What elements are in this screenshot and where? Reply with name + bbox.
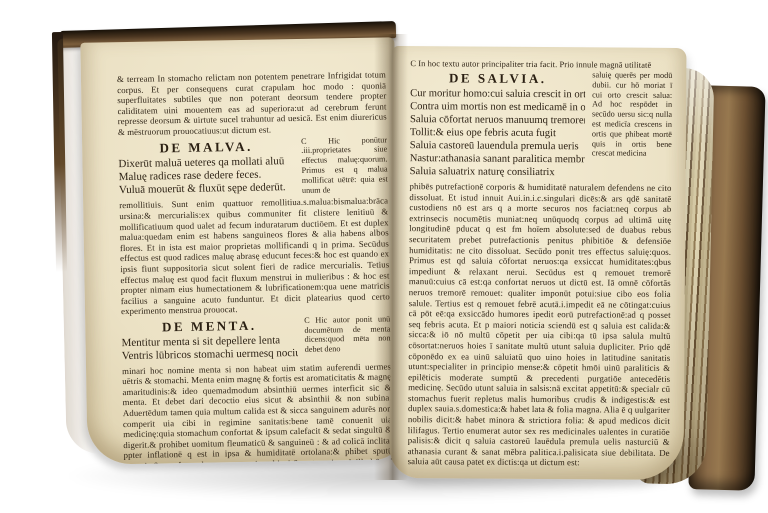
salvia-section-head: DE SALVIA. Cur moritur homo:cui saluia c… — [410, 69, 673, 180]
verse-line: Nastur:athanasia sanant paralitica membr… — [410, 152, 585, 166]
salvia-chapter-heading: DE SALVIA. — [410, 70, 585, 87]
verse-line: Tollit:& eius ope febris acuta fugit — [410, 126, 585, 140]
right-page: C In hoc textu autor principaliter tria … — [389, 46, 686, 480]
malva-chapter-heading: DE MALVA. — [118, 138, 294, 157]
verse-line: Vuluā mouerūt & fluxūt sępe dederūt. — [119, 181, 295, 197]
gutter-shadow — [374, 34, 408, 480]
menta-commentary: minari hoc nomine menta si non habeat ui… — [122, 361, 393, 465]
malva-verses: Dixerūt maluā ueteres qa mollati aluūMal… — [118, 155, 295, 198]
malva-verse-column: DE MALVA. Dixerūt maluā ueteres qa molla… — [118, 137, 295, 199]
verse-line: Ventris lūbricos stomachi uermesq nociuo… — [122, 347, 298, 363]
verse-line: Saluia saluatrix naturę consiliatrix — [410, 165, 585, 179]
menta-verses: Mentitur menta si sit depellere lentaVen… — [121, 334, 297, 364]
malva-commentary: remollitiuis. Sunt enim quattuor remolli… — [119, 196, 390, 317]
book-photo: & terream In stomacho relictam non poten… — [0, 0, 768, 513]
left-page: & terream In stomacho relictam non poten… — [80, 37, 401, 464]
verse-line: Saluia cōfortat neruos manuumq tremorem — [410, 113, 585, 127]
salvia-margin-note: saluię querēs per modū dubii. cur hō mor… — [592, 70, 673, 180]
verse-line: Saluia castoreū lauendula premula ueris — [410, 139, 585, 153]
menta-section-head: DE MENTA. Mentitur menta si sit depeller… — [121, 314, 391, 364]
verse-line: Contra uim mortis non est medicamē in or… — [410, 100, 585, 114]
salvia-verse-column: DE SALVIA. Cur moritur homo:cui saluia c… — [410, 69, 586, 179]
verse-line: Cur moritur homo:cui saluia crescit in o… — [410, 87, 585, 101]
intro-paragraph: & terream In stomacho relictam non poten… — [117, 69, 387, 137]
menta-chapter-heading: DE MENTA. — [121, 317, 297, 336]
left-page-text-area: & terream In stomacho relictam non poten… — [80, 37, 401, 464]
salvia-verses: Cur moritur homo:cui saluia crescit in o… — [410, 87, 586, 179]
right-page-text-area: C In hoc textu autor principaliter tria … — [389, 46, 686, 480]
menta-verse-column: DE MENTA. Mentitur menta si sit depeller… — [121, 316, 298, 364]
malva-section-head: DE MALVA. Dixerūt maluā ueteres qa molla… — [118, 135, 388, 198]
salvia-commentary: phibēs putrefactionē corporis & humidita… — [408, 181, 672, 469]
